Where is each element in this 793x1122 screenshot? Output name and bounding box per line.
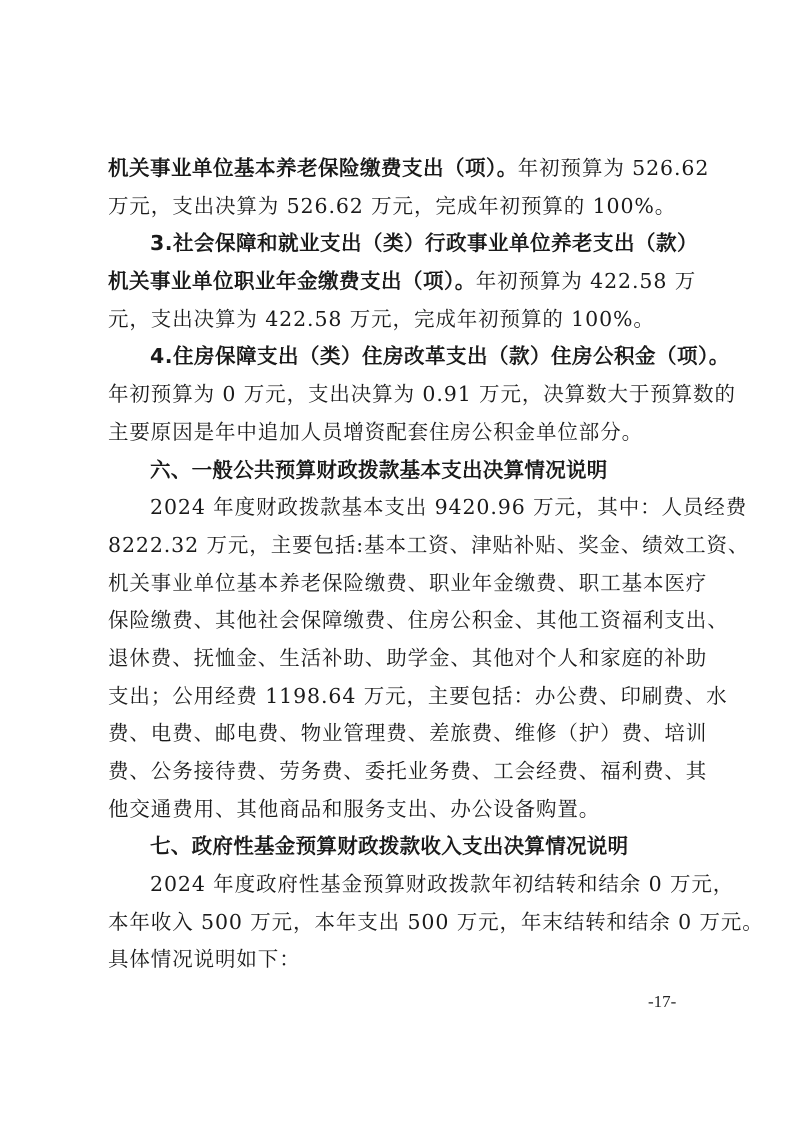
- item-heading-line: 4.住房保障支出（类）住房改革支出（款）住房公积金（项）。: [108, 338, 694, 376]
- section-heading-7: 七、政府性基金预算财政拨款收入支出决算情况说明: [108, 828, 694, 866]
- paragraph-line: 支出；公用经费 1198.64 万元，主要包括：办公费、印刷费、水: [108, 678, 694, 716]
- item-title: 4.住房保障支出（类）住房改革支出（款）住房公积金（项）。: [150, 344, 730, 368]
- paragraph-line: 本年收入 500 万元，本年支出 500 万元，年末结转和结余 0 万元。: [108, 904, 694, 942]
- paragraph-line: 机关事业单位基本养老保险缴费支出（项）。年初预算为 526.62: [108, 150, 694, 188]
- paragraph-line: 机关事业单位职业年金缴费支出（项）。年初预算为 422.58 万: [108, 263, 694, 301]
- paragraph-line: 机关事业单位基本养老保险缴费、职业年金缴费、职工基本医疗: [108, 565, 694, 603]
- item-heading-line: 3.社会保障和就业支出（类）行政事业单位养老支出（款）: [108, 225, 694, 263]
- paragraph-line: 主要原因是年中追加人员增资配套住房公积金单位部分。: [108, 414, 694, 452]
- paragraph-line: 万元，支出决算为 526.62 万元，完成年初预算的 100%。: [108, 188, 694, 226]
- paragraph-line: 保险缴费、其他社会保障缴费、住房公积金、其他工资福利支出、: [108, 602, 694, 640]
- page-number: -17-: [648, 992, 676, 1012]
- section-heading-6: 六、一般公共预算财政拨款基本支出决算情况说明: [108, 452, 694, 490]
- paragraph-line: 费、公务接待费、劳务费、委托业务费、工会经费、福利费、其: [108, 753, 694, 791]
- item-text: 年初预算为 422.58 万: [476, 269, 696, 293]
- paragraph-line: 具体情况说明如下：: [108, 941, 694, 979]
- paragraph-line: 8222.32 万元，主要包括:基本工资、津贴补贴、奖金、绩效工资、: [108, 527, 694, 565]
- paragraph-line: 退休费、抚恤金、生活补助、助学金、其他对个人和家庭的补助: [108, 640, 694, 678]
- paragraph-line: 费、电费、邮电费、物业管理费、差旅费、维修（护）费、培训: [108, 715, 694, 753]
- paragraph-line: 年初预算为 0 万元，支出决算为 0.91 万元，决算数大于预算数的: [108, 376, 694, 414]
- item-title: 3.社会保障和就业支出（类）行政事业单位养老支出（款）: [150, 231, 698, 255]
- item-title: 机关事业单位职业年金缴费支出（项）。: [108, 269, 476, 293]
- paragraph-line: 他交通费用、其他商品和服务支出、办公设备购置。: [108, 791, 694, 829]
- item-title: 机关事业单位基本养老保险缴费支出（项）。: [108, 156, 518, 180]
- item-text: 年初预算为 526.62: [518, 156, 710, 180]
- paragraph-line: 元，支出决算为 422.58 万元，完成年初预算的 100%。: [108, 301, 694, 339]
- paragraph-line: 2024 年度政府性基金预算财政拨款年初结转和结余 0 万元，: [108, 866, 694, 904]
- paragraph-line: 2024 年度财政拨款基本支出 9420.96 万元，其中：人员经费: [108, 489, 694, 527]
- document-page: 机关事业单位基本养老保险缴费支出（项）。年初预算为 526.62 万元，支出决算…: [108, 150, 694, 979]
